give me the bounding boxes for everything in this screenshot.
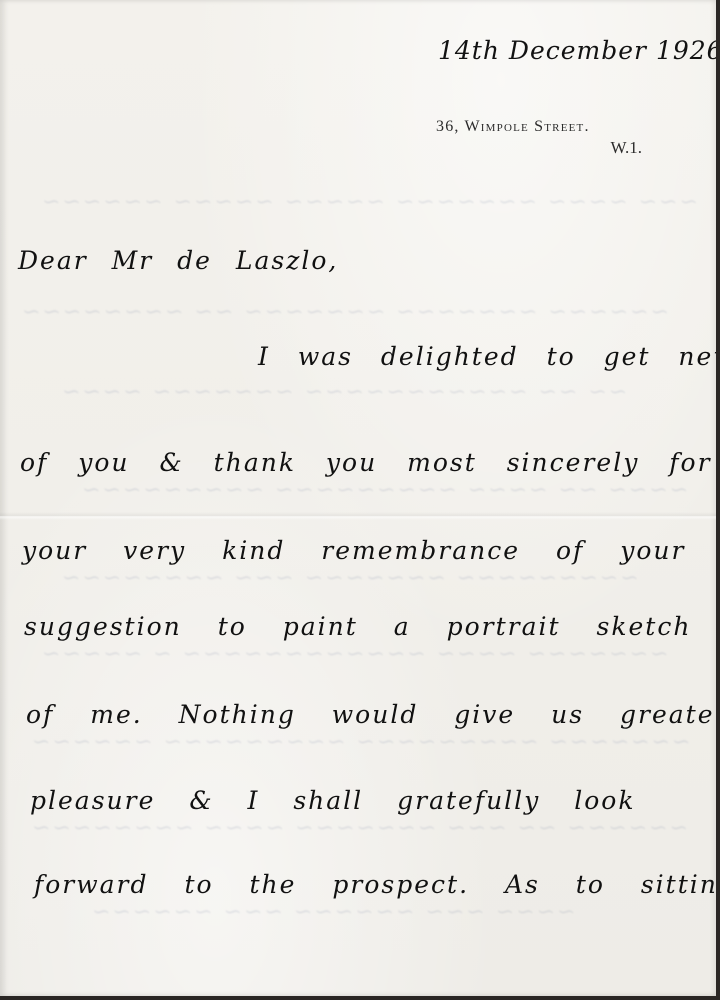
reverse-bleed-through: ~~~~~~~~~ ~~~~~~~ ~~~ ~~~~~~~~ xyxy=(60,566,639,591)
letterhead-district: W.1. xyxy=(436,138,642,158)
letterhead-address: 36, Wimpole Street. W.1. xyxy=(436,118,642,158)
body-line: forward to the prospect. As to sittings xyxy=(34,870,716,899)
reverse-bleed-through: ~~~~~~ ~~~~~~~ ~~~~~~~ ~~ ~~~~~~~~ xyxy=(20,300,669,325)
salutation: Dear Mr de Laszlo, xyxy=(18,246,338,275)
letter-page: ~~~ ~~~~ ~~~~~~~ ~~~~~ ~~~~~ ~~~~~~ ~~~~… xyxy=(0,0,716,996)
body-line: your very kind remembrance of your xyxy=(22,536,685,565)
reverse-bleed-through: ~~ ~~ ~~~~~~~~~~~ ~~~~~~~ ~~~~ xyxy=(60,380,627,405)
body-line: suggestion to paint a portrait sketch xyxy=(24,612,691,641)
body-line: of me. Nothing would give us greater xyxy=(26,700,716,729)
reverse-bleed-through: ~~~~~~ ~~ ~~~ ~~~~~~~ ~~~~ ~~~~~~~~ xyxy=(30,816,688,841)
letter-date: 14th December 1926. xyxy=(438,36,716,65)
reverse-bleed-through: ~~~~ ~~~ ~~~~~~ ~~~ ~~~~~~ xyxy=(90,900,576,925)
body-line: pleasure & I shall gratefully look xyxy=(30,786,635,815)
reverse-bleed-through: ~~~~ ~~ ~~~~ ~~~~~~~~~ ~~~~~~~~~ xyxy=(80,478,688,503)
reverse-bleed-through: ~~~ ~~~~ ~~~~~~~ ~~~~~ ~~~~~ ~~~~~~ xyxy=(40,190,698,215)
reverse-bleed-through: ~~~~~~~ ~~~~~~~~~ ~~~~~~~~~ ~~~~~~ xyxy=(30,730,690,755)
letterhead-street: 36, Wimpole Street. xyxy=(436,118,642,136)
paper-fold-crease xyxy=(0,512,716,520)
reverse-bleed-through: ~~~~~~~ ~~~~ ~~~~~~~~~~~~ ~ ~~~~~ xyxy=(40,642,669,667)
body-line: of you & thank you most sincerely for xyxy=(20,448,712,477)
body-line: I was delighted to get news xyxy=(258,342,716,371)
